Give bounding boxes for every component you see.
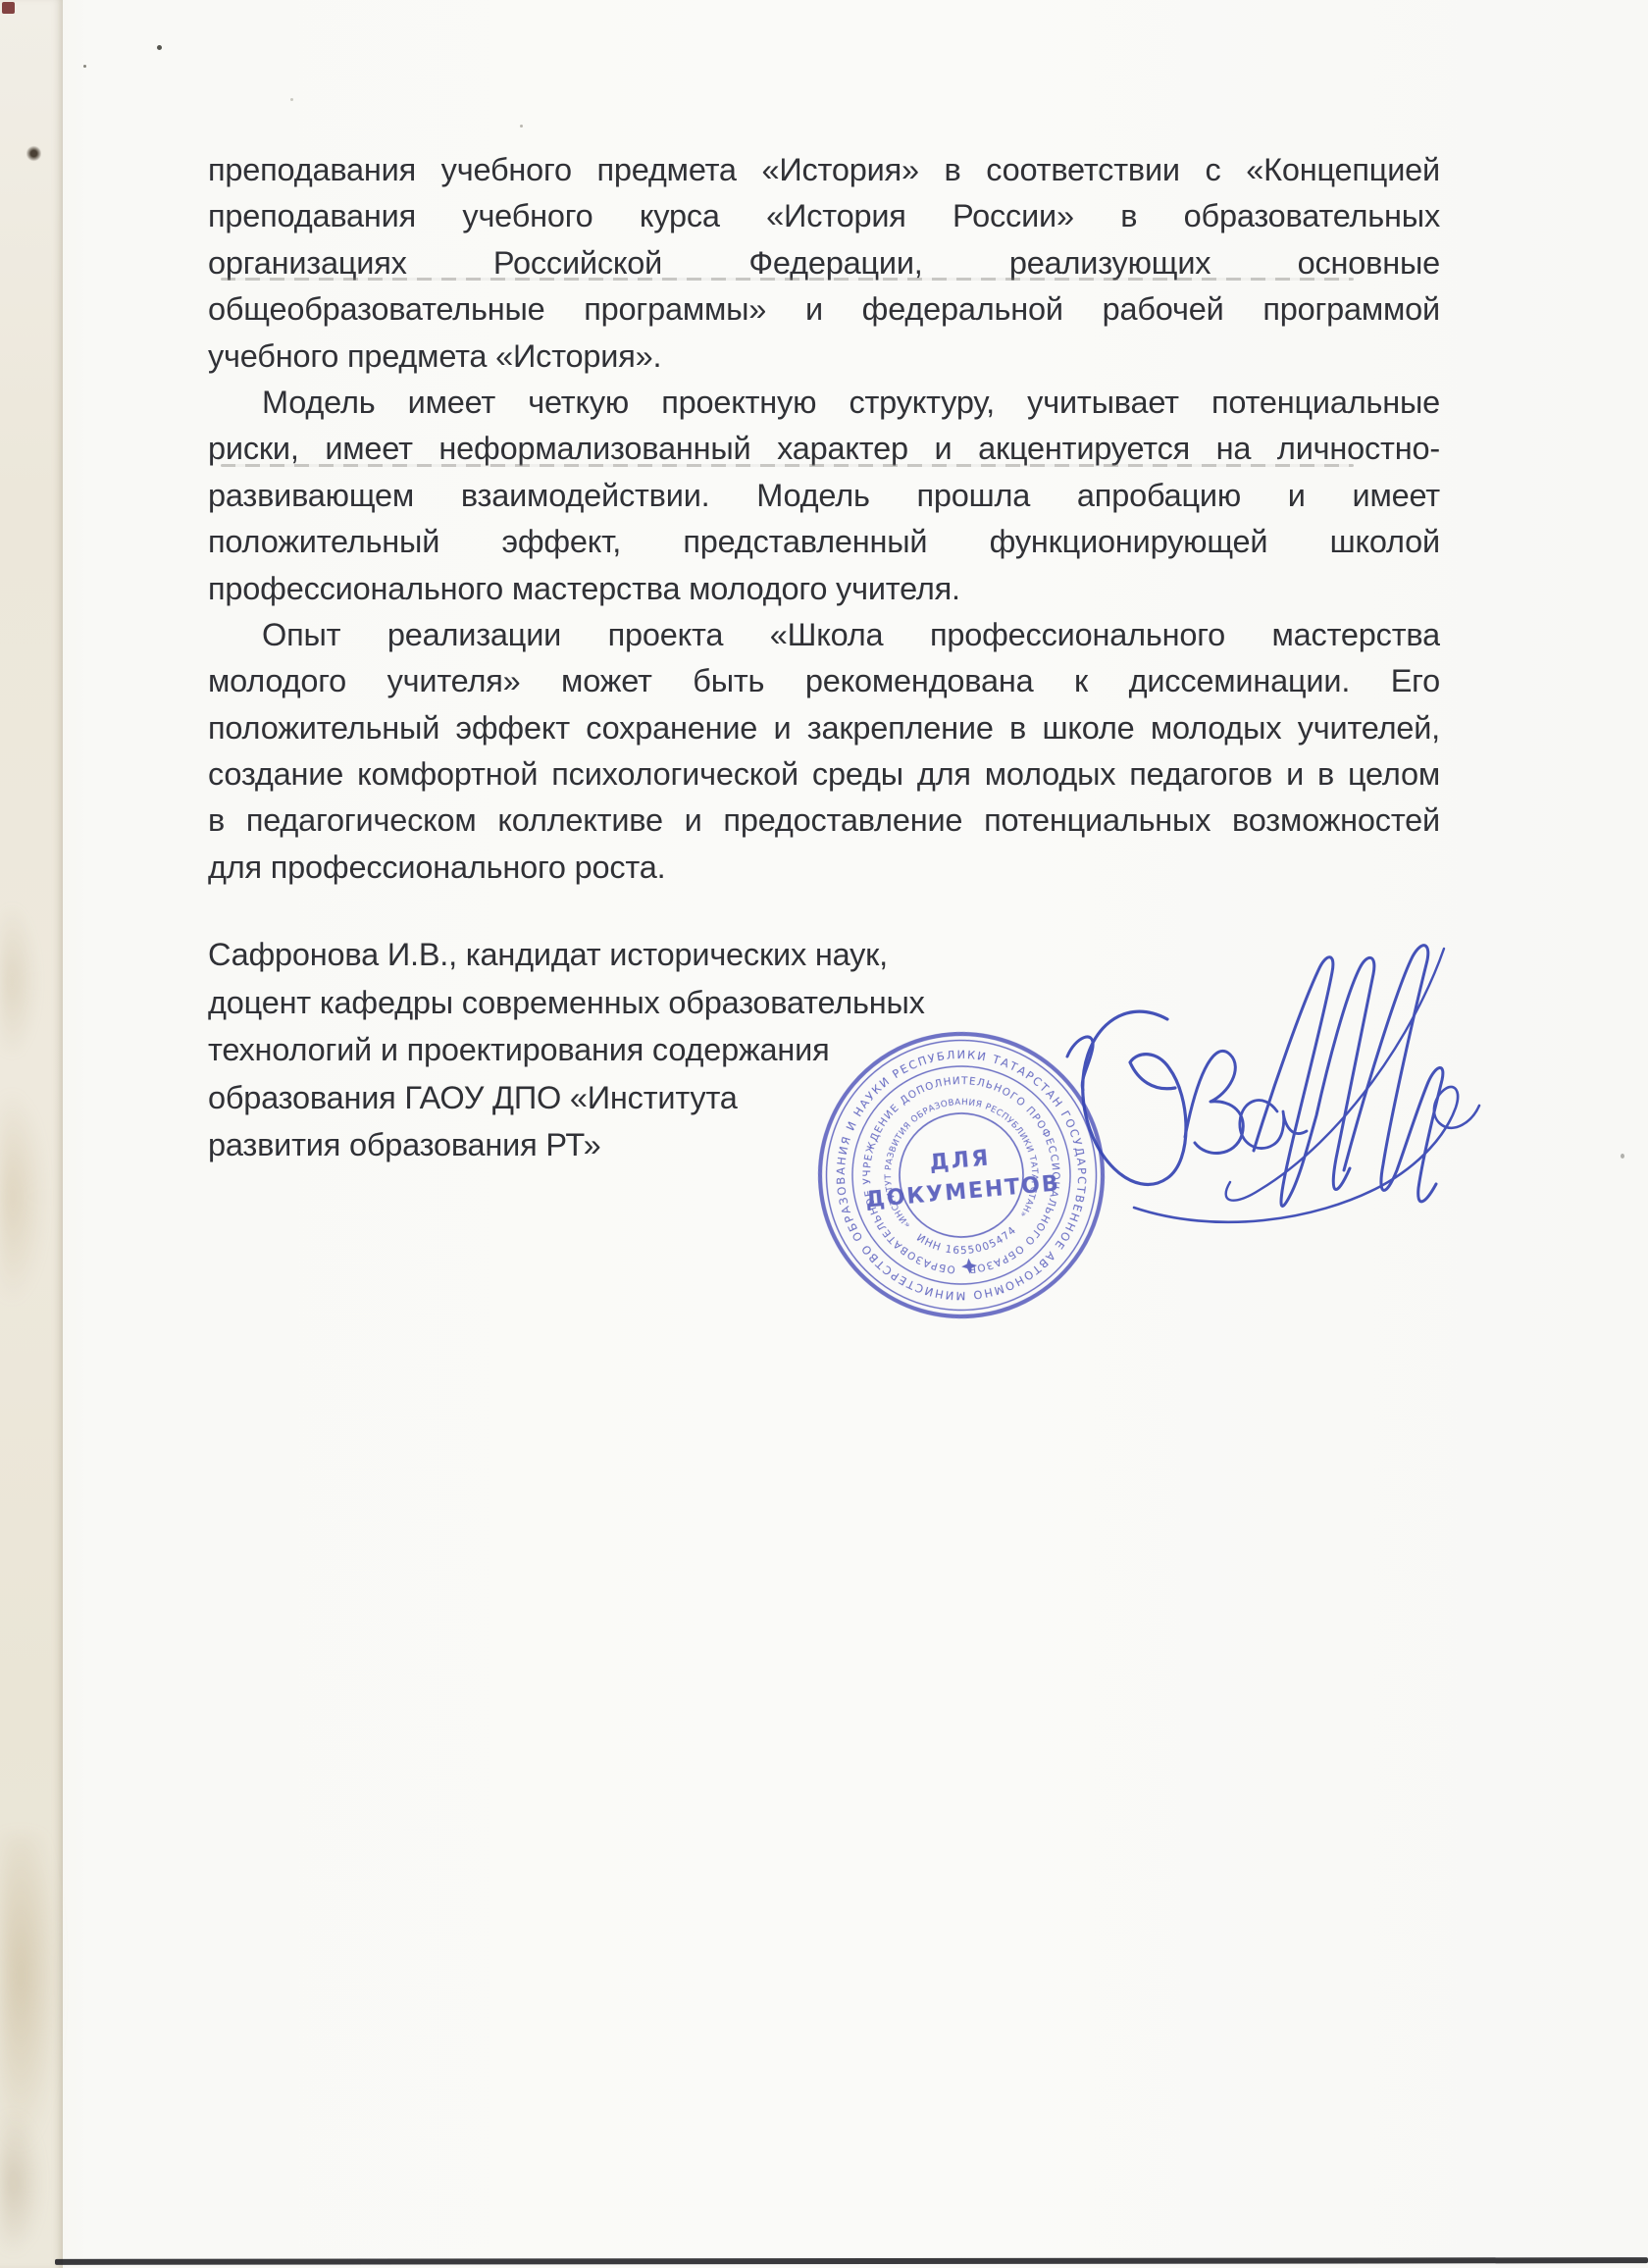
document-body: преподавания учебного предмета «История»… xyxy=(208,147,1440,891)
signature xyxy=(1020,907,1491,1241)
body-line: профессионального мастерства молодого уч… xyxy=(208,566,1440,612)
body-line: развивающем взаимодействии. Модель прошл… xyxy=(208,473,1440,519)
body-line: Опыт реализации проекта «Школа профессио… xyxy=(208,612,1440,658)
dust-speck xyxy=(520,125,523,128)
page-edge-band xyxy=(0,0,63,2268)
body-line: создание комфортной психологической сред… xyxy=(208,751,1440,798)
body-line: положительный эффект сохранение и закреп… xyxy=(208,705,1440,751)
dust-speck xyxy=(83,65,86,68)
reviewer-line: Сафронова И.В., кандидат исторических на… xyxy=(208,931,1032,979)
body-line: Модель имеет четкую проектную структуру,… xyxy=(208,380,1440,426)
body-line: риски, имеет неформализованный характер … xyxy=(208,426,1440,472)
body-line: организациях Российской Федерации, реали… xyxy=(208,240,1440,286)
scan-edge-line xyxy=(55,2257,1648,2265)
body-line: общеобразовательные программы» и федерал… xyxy=(208,286,1440,333)
body-line: в педагогическом коллективе и предоставл… xyxy=(208,798,1440,844)
dust-speck xyxy=(157,45,162,50)
body-line: для профессионального роста. xyxy=(208,845,1440,891)
body-line: молодого учителя» может быть рекомендова… xyxy=(208,658,1440,704)
body-line: преподавания учебного курса «История Рос… xyxy=(208,193,1440,239)
body-line: учебного предмета «История». xyxy=(208,334,1440,380)
scanned-page: преподавания учебного предмета «История»… xyxy=(0,0,1648,2268)
body-line: преподавания учебного предмета «История»… xyxy=(208,147,1440,193)
stamp-center-line1: ДЛЯ xyxy=(929,1146,992,1175)
body-line: положительный эффект, представленный фун… xyxy=(208,519,1440,565)
reviewer-line: доцент кафедры современных образовательн… xyxy=(208,979,1032,1027)
dust-speck xyxy=(1621,1154,1624,1159)
dust-speck xyxy=(290,98,293,101)
